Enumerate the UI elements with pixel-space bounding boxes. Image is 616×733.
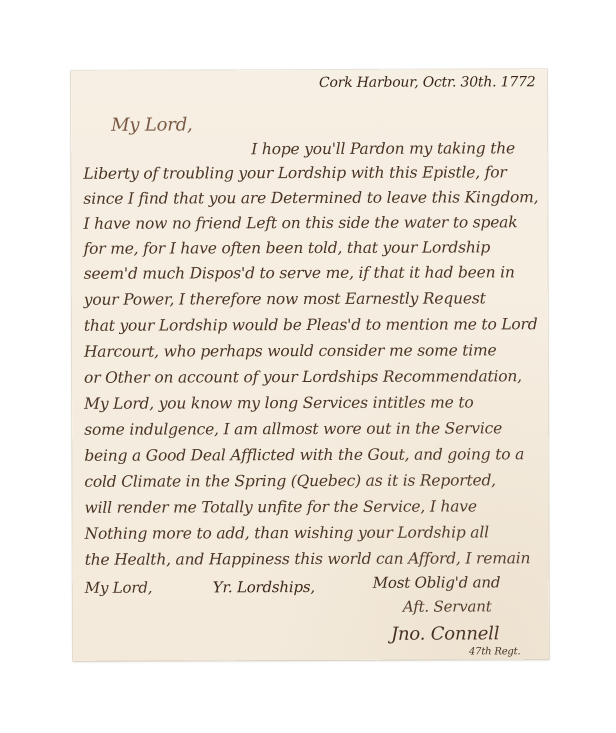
- place-date: Cork Harbour, Octr. 30th. 1772: [319, 75, 536, 90]
- closing-most-obliged: Most Oblig'd and: [373, 575, 501, 590]
- body-line: Harcourt, who perhaps would consider me …: [84, 343, 497, 360]
- body-line: cold Climate in the Spring (Quebec) as i…: [84, 473, 496, 490]
- body-line: Liberty of troubling your Lordship with …: [83, 165, 506, 182]
- closing-my-lord: My Lord,: [85, 581, 153, 596]
- closing-servant: Aft. Servant: [403, 599, 492, 614]
- body-line: My Lord, you know my long Services intit…: [84, 395, 473, 412]
- body-line: seem'd much Dispos'd to serve me, if tha…: [84, 265, 515, 282]
- salutation: My Lord,: [111, 116, 192, 134]
- body-line: Nothing more to add, than wishing your L…: [85, 525, 489, 542]
- regiment: 47th Regt.: [469, 647, 520, 657]
- body-line: or Other on account of your Lordships Re…: [84, 369, 522, 386]
- body-line: I hope you'll Pardon my taking the: [251, 141, 515, 157]
- body-line: your Power, I therefore now most Earnest…: [84, 291, 486, 308]
- body-line: since I find that you are Determined to …: [83, 190, 538, 207]
- body-line: I have now no friend Left on this side t…: [83, 215, 517, 232]
- letter-sheet: Cork Harbour, Octr. 30th. 1772 My Lord, …: [71, 69, 549, 661]
- body-line: will render me Totally unfite for the Se…: [84, 499, 476, 516]
- closing-your-lordships: Yr. Lordships,: [213, 580, 315, 595]
- body-line: for me, for I have often been told, that…: [84, 240, 491, 257]
- body-line: some indulgence, I am allmost wore out i…: [84, 421, 502, 438]
- body-line: that your Lordship would be Pleas'd to m…: [84, 317, 538, 334]
- signature: Jno. Connell: [391, 625, 499, 643]
- body-line: being a Good Deal Afflicted with the Gou…: [84, 447, 524, 464]
- body-line: the Health, and Happiness this world can…: [85, 551, 531, 568]
